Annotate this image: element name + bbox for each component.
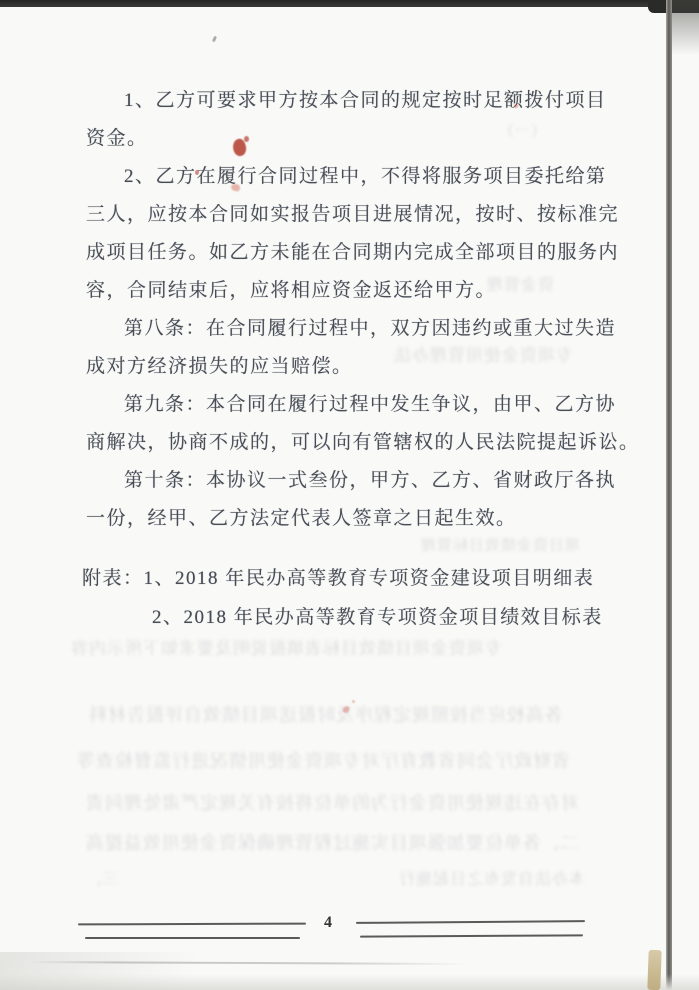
bleedthrough-line: 项目资金绩效目标管理 bbox=[420, 534, 580, 555]
document-text-line: 第九条：本合同在履行过程中发生争议，由甲、乙方协 bbox=[124, 389, 616, 415]
scanned-page: （一）资金管理专项资金使用管理办法项目资金绩效目标管理专项资金项目绩效目标表填报… bbox=[0, 0, 699, 990]
bleedthrough-line: 专项资金使用管理办法 bbox=[393, 341, 573, 366]
document-text-line: 1、乙方可要求甲方按本合同的规定按时足额拨付项目 bbox=[124, 85, 607, 111]
bleedthrough-line: 专项资金项目绩效目标表填报说明及要求如下所示内容 bbox=[70, 634, 502, 659]
page-stack-right-edge-shadow bbox=[672, 0, 699, 55]
red-speck-bleed-2 bbox=[352, 700, 355, 703]
document-text-line: 一份，经甲、乙方法定代表人签章之日起生效。 bbox=[86, 503, 517, 529]
document-text-line: 附表：1、2018 年民办高等教育专项资金建设项目明细表 bbox=[82, 563, 594, 589]
scan-bottom-left-shadow bbox=[0, 952, 320, 990]
footer-rule bbox=[356, 920, 585, 924]
footer-rule bbox=[78, 923, 306, 926]
page-stack-right-edge bbox=[672, 0, 699, 990]
document-text-line: 三人，应按本合同如实报告项目进展情况，按时、按标准完 bbox=[86, 199, 619, 225]
bleedthrough-line: 本办法自发布之日起施行 bbox=[398, 866, 585, 889]
footer-rule bbox=[360, 934, 583, 937]
page-number: 4 bbox=[318, 914, 338, 932]
document-text-line: 2、2018 年民办高等教育专项资金项目绩效目标表 bbox=[152, 602, 603, 628]
page-fold-line bbox=[666, 0, 672, 990]
red-speck-top bbox=[514, 104, 518, 108]
red-ink-blot-satellite bbox=[244, 136, 249, 142]
scan-top-edge-shadow bbox=[0, 0, 699, 7]
footer-rule bbox=[85, 937, 300, 939]
document-text-line: 资金。 bbox=[86, 123, 148, 149]
bleedthrough-line: 三、 bbox=[85, 866, 119, 889]
gray-speck bbox=[212, 36, 217, 43]
red-ink-dot bbox=[195, 170, 199, 175]
bleedthrough-line: 各高校应当按照规定程序及时报送项目绩效自评报告材料 bbox=[88, 701, 563, 727]
document-text-line: 商解决，协商不成的，可以向有管辖权的人民法院提起诉讼。 bbox=[86, 427, 640, 453]
bottom-right-paper-sliver bbox=[647, 950, 661, 990]
bleedthrough-line: 资金管理 bbox=[486, 272, 554, 295]
bleedthrough-line: 对存在违规使用资金行为的单位将按有关规定严肃处理问责 bbox=[85, 789, 579, 815]
bleedthrough-line: （一） bbox=[498, 120, 546, 141]
bleedthrough-line: 二、各单位要加强项目实施过程管理确保资金使用效益提高 bbox=[85, 829, 579, 855]
red-ink-smear bbox=[230, 183, 240, 192]
document-text-line: 成项目任务。如乙方未能在合同期内完成全部项目的服务内 bbox=[86, 237, 619, 263]
document-text-line: 第八条：在合同履行过程中，双方因违约或重大过失造 bbox=[124, 313, 616, 339]
document-text-line: 第十条：本协议一式叁份，甲方、乙方、省财政厅各执 bbox=[124, 465, 616, 491]
document-text-line: 成对方经济损失的应当赔偿。 bbox=[86, 351, 353, 377]
document-text-line: 容，合同结束后，应将相应资金返还给甲方。 bbox=[86, 275, 496, 301]
bleedthrough-line: 省财政厅会同省教育厅对专项资金使用情况进行监督检查等 bbox=[76, 747, 570, 773]
